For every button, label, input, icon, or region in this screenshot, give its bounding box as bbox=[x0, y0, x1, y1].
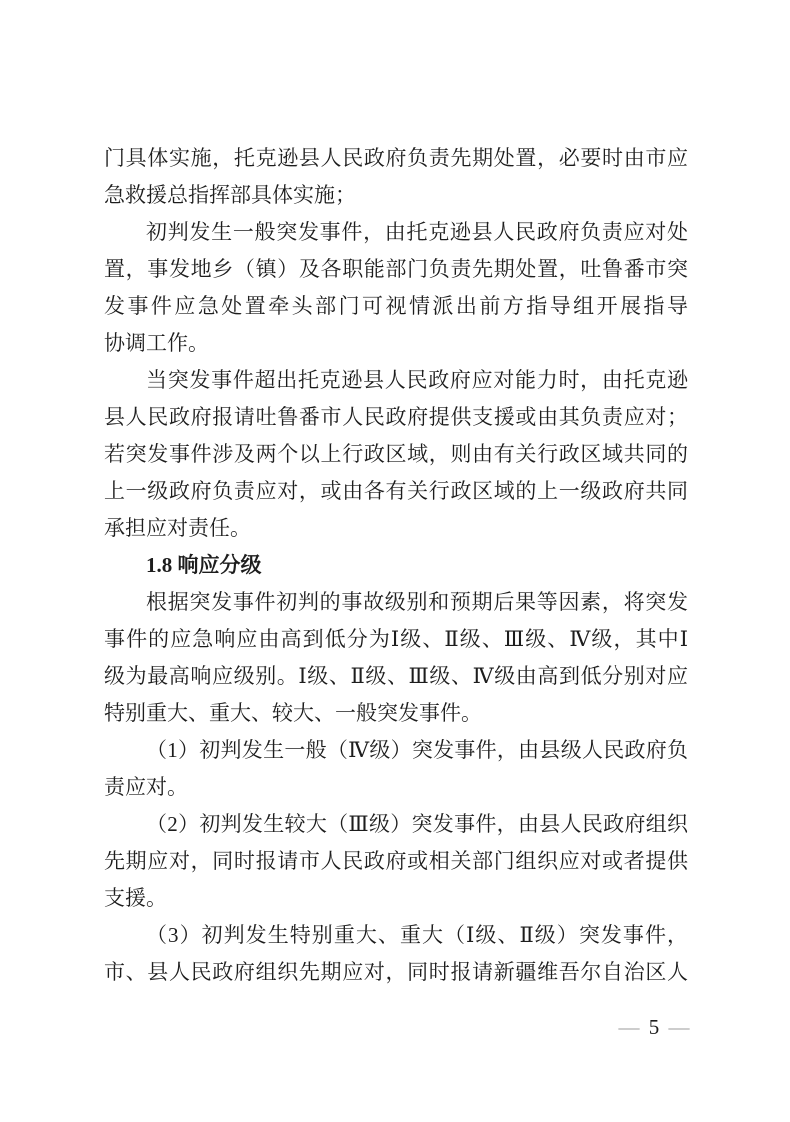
text-line: （1）初判发生一般（Ⅳ级）突发事件，由县级人民政府负 bbox=[104, 732, 688, 769]
text-line: 根据突发事件初判的事故级别和预期后果等因素，将突发 bbox=[104, 584, 688, 621]
text-line: 承担应对责任。 bbox=[104, 510, 688, 547]
text-line: 县人民政府报请吐鲁番市人民政府提供支援或由其负责应对； bbox=[104, 399, 688, 436]
text-line: 协调工作。 bbox=[104, 325, 688, 362]
text-line: 级为最高响应级别。Ⅰ级、Ⅱ级、Ⅲ级、Ⅳ级由高到低分别对应 bbox=[104, 658, 688, 695]
text-line: 支援。 bbox=[104, 880, 688, 917]
text-line: 先期应对，同时报请市人民政府或相关部门组织应对或者提供 bbox=[104, 843, 688, 880]
document-text: 门具体实施，托克逊县人民政府负责先期处置，必要时由市应 急救援总指挥部具体实施；… bbox=[104, 140, 688, 991]
text-line: 置，事发地乡（镇）及各职能部门负责先期处置，吐鲁番市突 bbox=[104, 251, 688, 288]
text-line: 初判发生一般突发事件，由托克逊县人民政府负责应对处 bbox=[104, 214, 688, 251]
page-number-value: 5 bbox=[649, 1015, 662, 1039]
text-line: 急救援总指挥部具体实施； bbox=[104, 177, 688, 214]
text-line: 市、县人民政府组织先期应对，同时报请新疆维吾尔自治区人 bbox=[104, 954, 688, 991]
page-number-dash-right: — bbox=[669, 1015, 692, 1039]
text-line: 门具体实施，托克逊县人民政府负责先期处置，必要时由市应 bbox=[104, 140, 688, 177]
document-page: { "page": { "background": "#ffffff", "te… bbox=[0, 0, 790, 1122]
text-line: （2）初判发生较大（Ⅲ级）突发事件，由县人民政府组织 bbox=[104, 806, 688, 843]
text-line: 上一级政府负责应对，或由各有关行政区域的上一级政府共同 bbox=[104, 473, 688, 510]
page-number-dash-left: — bbox=[619, 1015, 642, 1039]
text-line: （3）初判发生特别重大、重大（Ⅰ级、Ⅱ级）突发事件， bbox=[104, 917, 688, 954]
text-line: 发事件应急处置牵头部门可视情派出前方指导组开展指导 bbox=[104, 288, 688, 325]
text-line: 特别重大、重大、较大、一般突发事件。 bbox=[104, 695, 688, 732]
section-heading: 1.8 响应分级 bbox=[104, 547, 688, 584]
page-number: — 5 — bbox=[560, 1012, 750, 1042]
text-line: 责应对。 bbox=[104, 769, 688, 806]
text-line: 当突发事件超出托克逊县人民政府应对能力时，由托克逊 bbox=[104, 362, 688, 399]
text-line: 若突发事件涉及两个以上行政区域，则由有关行政区域共同的 bbox=[104, 436, 688, 473]
text-line: 事件的应急响应由高到低分为Ⅰ级、Ⅱ级、Ⅲ级、Ⅳ级，其中Ⅰ bbox=[104, 621, 688, 658]
